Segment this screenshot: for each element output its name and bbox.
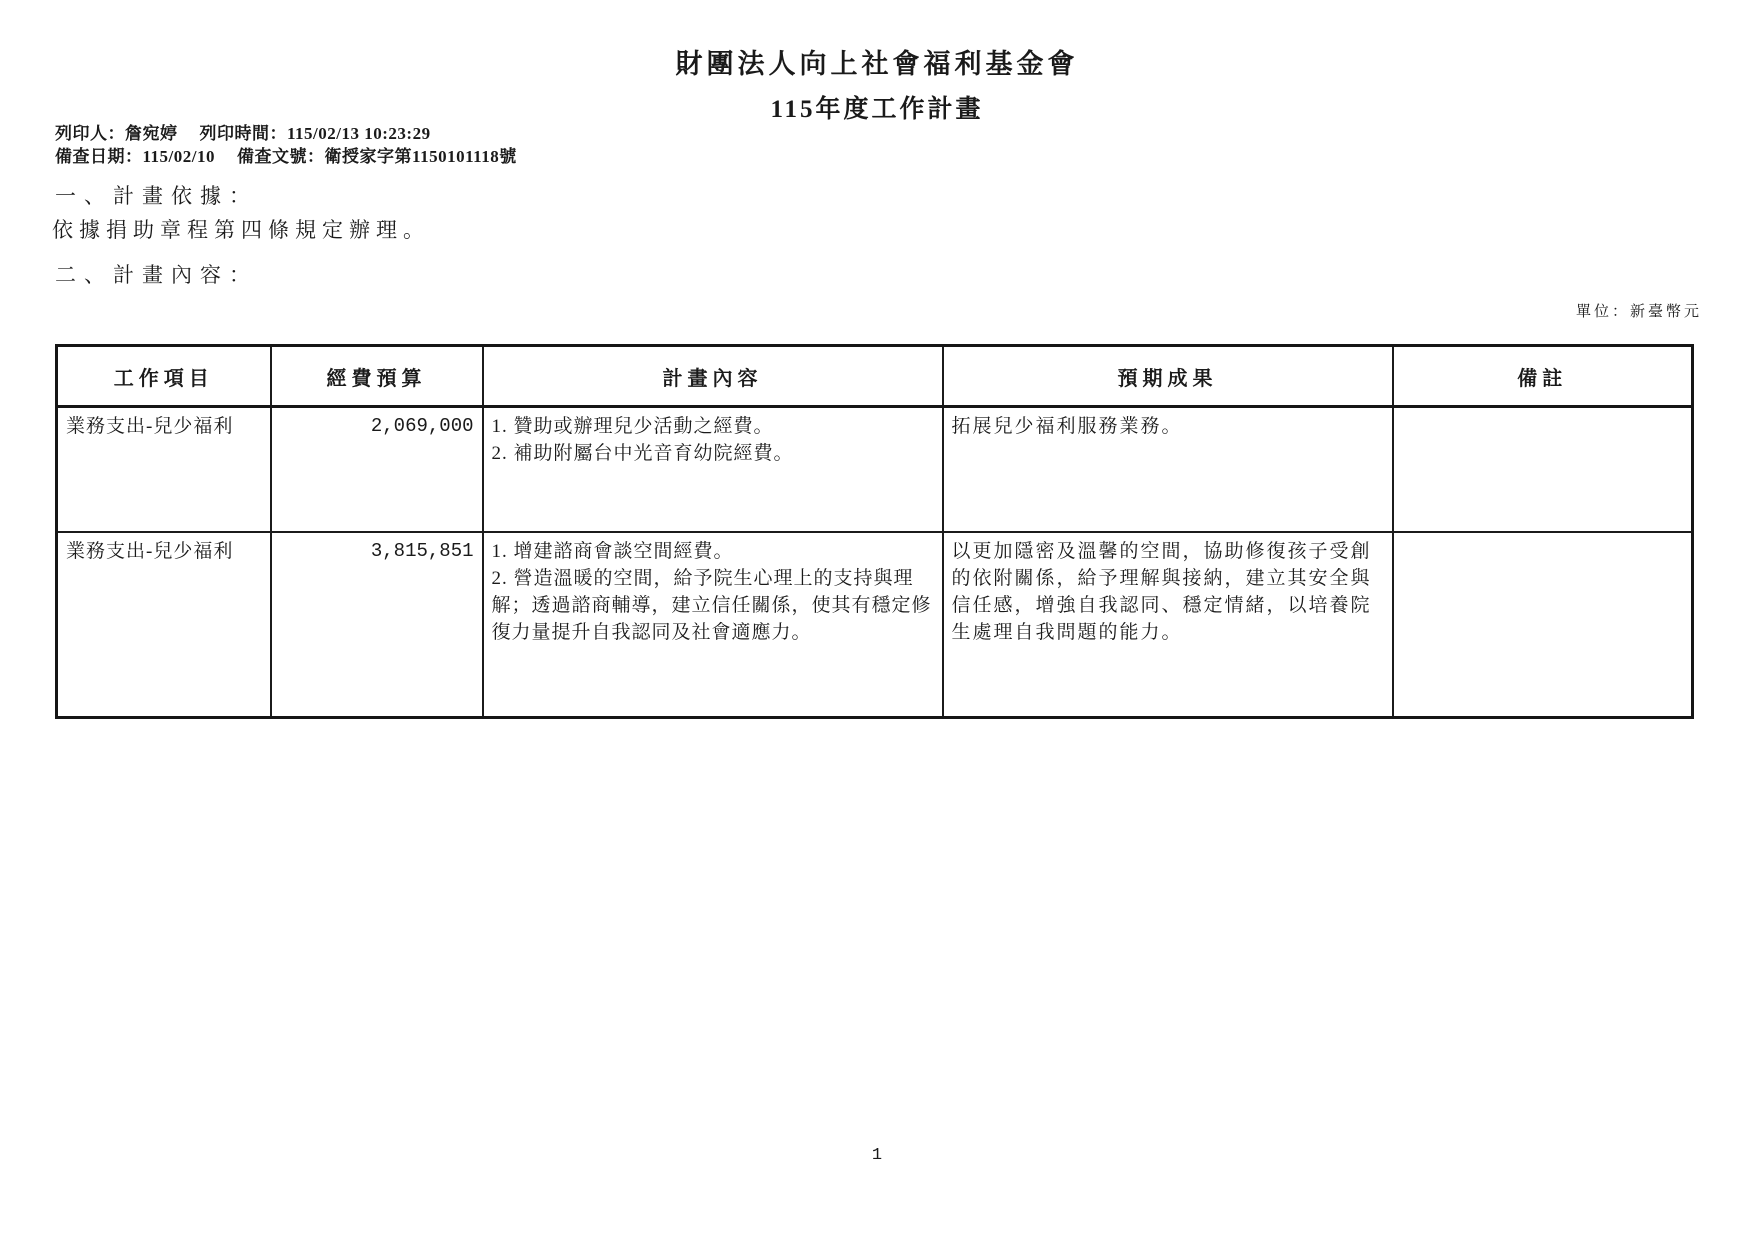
remarks-cell bbox=[1393, 532, 1693, 718]
work-item-cell: 業務支出-兒少福利 bbox=[57, 407, 271, 532]
filing-no-label: 備查文號： bbox=[237, 147, 325, 166]
header-expected-outcome: 預期成果 bbox=[943, 346, 1393, 407]
print-meta-line-1: 列印人：詹宛婷列印時間：115/02/13 10:23:29 bbox=[55, 122, 517, 145]
print-time-label: 列印時間： bbox=[200, 124, 288, 143]
header-remarks: 備註 bbox=[1393, 346, 1693, 407]
document-title: 財團法人向上社會福利基金會 bbox=[0, 42, 1754, 81]
filing-date-label: 備查日期： bbox=[55, 147, 143, 166]
remarks-cell bbox=[1393, 407, 1693, 532]
plan-content-cell: 1. 贊助或辦理兒少活動之經費。 2. 補助附屬台中光音育幼院經費。 bbox=[483, 407, 943, 532]
work-plan-table: 工作項目 經費預算 計畫內容 預期成果 備註 業務支出-兒少福利 2,069,0… bbox=[55, 344, 1694, 719]
page-number: 1 bbox=[0, 1146, 1754, 1165]
section-basis-heading: 一、計畫依據： bbox=[55, 180, 258, 210]
header-plan-content: 計畫內容 bbox=[483, 346, 943, 407]
header-budget: 經費預算 bbox=[271, 346, 483, 407]
plan-content-cell: 1. 增建諮商會談空間經費。 2. 營造溫暖的空間，給予院生心理上的支持與理解；… bbox=[483, 532, 943, 718]
filing-date-value: 115/02/10 bbox=[143, 147, 216, 166]
table-row: 業務支出-兒少福利 2,069,000 1. 贊助或辦理兒少活動之經費。 2. … bbox=[57, 407, 1693, 532]
expected-outcome-cell: 拓展兒少福利服務業務。 bbox=[943, 407, 1393, 532]
expected-outcome-cell: 以更加隱密及溫馨的空間，協助修復孩子受創的依附關係，給予理解與接納，建立其安全與… bbox=[943, 532, 1393, 718]
budget-cell: 3,815,851 bbox=[271, 532, 483, 718]
work-item-cell: 業務支出-兒少福利 bbox=[57, 532, 271, 718]
header-work-item: 工作項目 bbox=[57, 346, 271, 407]
filing-no-value: 衛授家字第1150101118號 bbox=[325, 147, 517, 166]
print-meta-line-2: 備查日期：115/02/10備查文號：衛授家字第1150101118號 bbox=[55, 145, 517, 168]
document-page: 財團法人向上社會福利基金會 115年度工作計畫 列印人：詹宛婷列印時間：115/… bbox=[0, 0, 1754, 1240]
section-basis-body: 依據捐助章程第四條規定辦理。 bbox=[52, 214, 430, 244]
table-header-row: 工作項目 經費預算 計畫內容 預期成果 備註 bbox=[57, 346, 1693, 407]
document-subtitle: 115年度工作計畫 bbox=[0, 89, 1754, 125]
currency-unit-note: 單位：新臺幣元 bbox=[1576, 300, 1702, 321]
printed-by-value: 詹宛婷 bbox=[125, 124, 178, 143]
budget-cell: 2,069,000 bbox=[271, 407, 483, 532]
section-content-heading: 二、計畫內容： bbox=[55, 259, 258, 289]
print-meta: 列印人：詹宛婷列印時間：115/02/13 10:23:29 備查日期：115/… bbox=[55, 122, 517, 168]
table-row: 業務支出-兒少福利 3,815,851 1. 增建諮商會談空間經費。 2. 營造… bbox=[57, 532, 1693, 718]
print-time-value: 115/02/13 10:23:29 bbox=[287, 124, 431, 143]
printed-by-label: 列印人： bbox=[55, 124, 125, 143]
